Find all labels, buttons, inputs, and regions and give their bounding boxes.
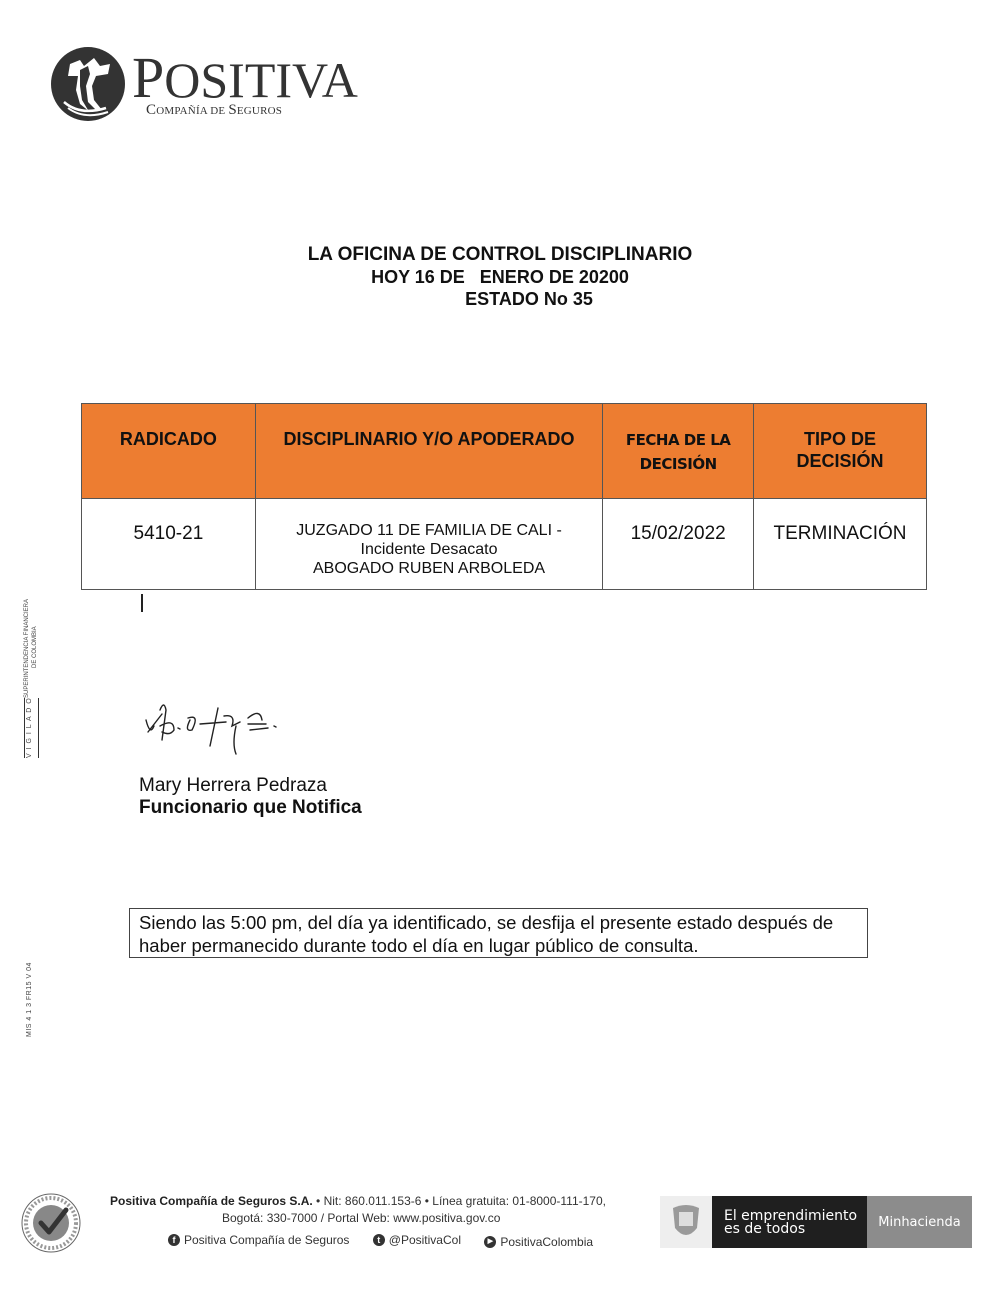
- ministry-label: Minhacienda: [867, 1196, 972, 1248]
- column-header-fecha: FECHA DE LADECISIÓN: [603, 404, 754, 499]
- gov-slogan: El emprendimientoes de todos: [712, 1196, 867, 1248]
- social-youtube[interactable]: ▶PositivaColombia: [484, 1235, 593, 1249]
- signature-image: [140, 696, 340, 758]
- vigilado-mark: V I G I L A D O SUPERINTENDENCIA FINANCI…: [24, 590, 44, 760]
- certificado-rs-badge-icon: [16, 1192, 86, 1254]
- table-header-row: RADICADO DISCIPLINARIO Y/O APODERADO FEC…: [82, 404, 927, 499]
- positiva-wave-logo-icon: [50, 46, 126, 122]
- vigilado-text: V I G I L A D O: [26, 697, 33, 758]
- text-cursor-mark: [141, 594, 143, 612]
- signer-role: Funcionario que Notifica: [139, 797, 362, 819]
- brand-subtitle: COMPAÑÍA DE SEGUROS: [146, 102, 282, 119]
- date-line: HOY 16 DE ENERO DE 20200: [0, 266, 1000, 288]
- twitter-icon: t: [373, 1234, 385, 1246]
- social-facebook[interactable]: fPositiva Compañía de Seguros: [168, 1233, 349, 1247]
- document-heading: LA OFICINA DE CONTROL DISCIPLINARIO HOY …: [0, 244, 1000, 310]
- brand-wordmark: POSITIVA: [132, 52, 358, 106]
- column-header-tipo: TIPO DEDECISIÓN: [754, 404, 927, 499]
- estado-number: ESTADO No 35: [0, 288, 1000, 310]
- office-title: LA OFICINA DE CONTROL DISCIPLINARIO: [0, 244, 1000, 266]
- footer-contact: Positiva Compañía de Seguros S.A. • Nit:…: [110, 1194, 640, 1249]
- cell-disciplinario: JUZGADO 11 DE FAMILIA DE CALI -Incidente…: [255, 499, 602, 590]
- youtube-icon: ▶: [484, 1236, 496, 1248]
- company-logo: POSITIVA COMPAÑÍA DE SEGUROS: [50, 46, 350, 126]
- table-row: 5410-21 JUZGADO 11 DE FAMILIA DE CALI -I…: [82, 499, 927, 590]
- government-banner: El emprendimientoes de todos Minhacienda: [660, 1196, 972, 1248]
- cell-tipo: TERMINACIÓN: [754, 499, 927, 590]
- colombia-coat-of-arms-icon: [660, 1196, 712, 1248]
- footer-line-2: Bogotá: 330-7000 / Portal Web: www.posit…: [110, 1211, 640, 1225]
- column-header-radicado: RADICADO: [82, 404, 256, 499]
- social-twitter[interactable]: t@PositivaCol: [373, 1233, 461, 1247]
- signer-block: Mary Herrera Pedraza Funcionario que Not…: [139, 775, 362, 819]
- superfinanciera-text: SUPERINTENDENCIA FINANCIERA: [24, 599, 30, 698]
- cell-fecha: 15/02/2022: [603, 499, 754, 590]
- form-code-mark: MIS 4 1 3 FR15 V 04: [24, 965, 44, 1040]
- colombia-text: DE COLOMBIA: [32, 626, 38, 668]
- social-links: fPositiva Compañía de Seguros t@Positiva…: [110, 1232, 640, 1249]
- footer-line-1: Positiva Compañía de Seguros S.A. • Nit:…: [110, 1194, 640, 1208]
- desfija-notice: Siendo las 5:00 pm, del día ya identific…: [129, 908, 868, 958]
- divider: [38, 698, 39, 758]
- cell-radicado: 5410-21: [82, 499, 256, 590]
- form-code-text: MIS 4 1 3 FR15 V 04: [26, 962, 33, 1037]
- divider: [24, 698, 25, 758]
- column-header-disciplinario: DISCIPLINARIO Y/O APODERADO: [255, 404, 602, 499]
- facebook-icon: f: [168, 1234, 180, 1246]
- estado-table: RADICADO DISCIPLINARIO Y/O APODERADO FEC…: [81, 403, 927, 590]
- signer-name: Mary Herrera Pedraza: [139, 775, 362, 797]
